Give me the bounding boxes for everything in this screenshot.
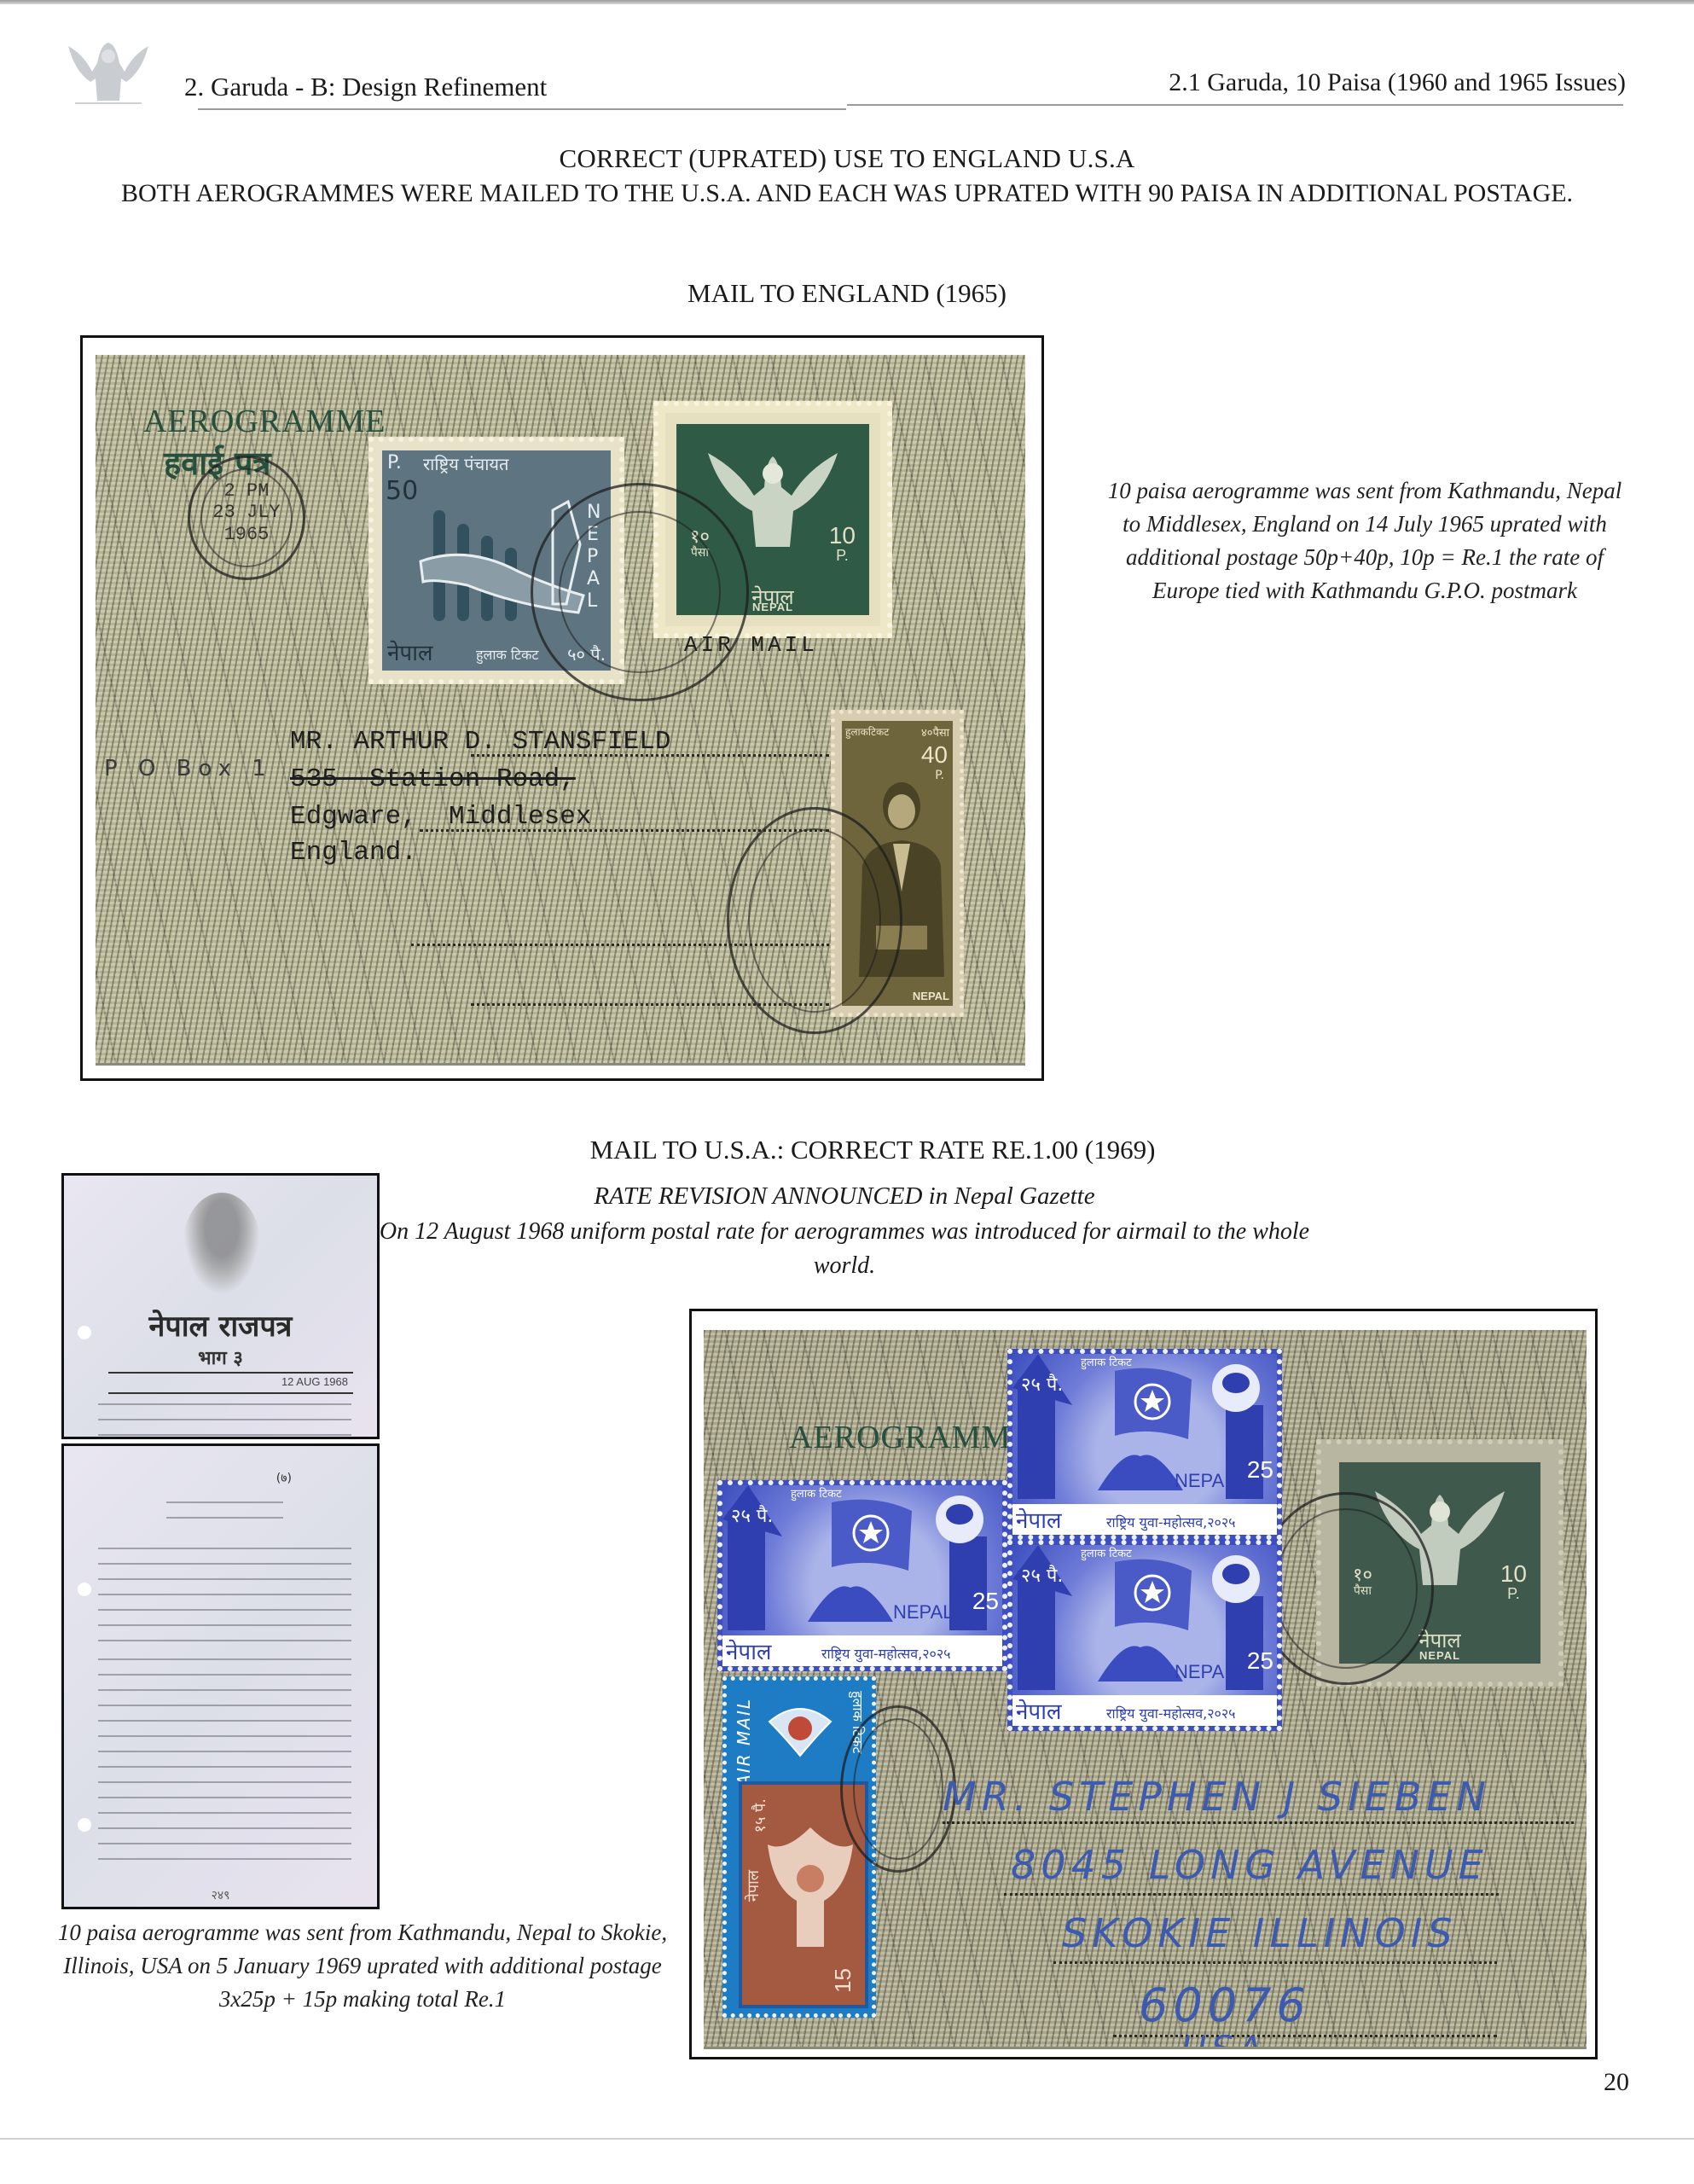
section-title: 2.1 Garuda, 10 Paisa (1960 and 1965 Issu… [1169, 68, 1626, 97]
postmark [1258, 1492, 1434, 1685]
gazette-rate-table-scan: (७) २४९ [61, 1443, 380, 1909]
address-line-1: MR. ARTHUR D. STANSFIELD [290, 727, 670, 757]
address-zip: 60076 [1139, 1978, 1311, 2032]
address-line-1: MR. STEPHEN J SIEBEN [943, 1774, 1491, 1820]
usa-caption: 10 paisa aerogramme was sent from Kathma… [51, 1916, 674, 2016]
usa-cover-frame: AEROGRAMME १०पैसा 10P. नेपाल NEPAL [689, 1309, 1598, 2059]
usa-section-title: MAIL TO U.S.A.: CORRECT RATE RE.1.00 (19… [0, 1135, 1694, 1165]
airmail-15p-stamp: AIR MAIL हुलाक टिकट १५ पै. नेपाल 15 [722, 1676, 876, 2018]
garuda-icon [759, 1819, 862, 1972]
england-aerogramme: AEROGRAMME हवाई पत्र 2 PM 23 JLY 1965 [96, 355, 1025, 1063]
youth-festival-25p-stamp: २५ पै. हुलाक टिकट 25 NEPAL नेपाल राष्ट्र… [717, 1480, 1007, 1671]
address-line-2: 8045 LONG AVENUE [1011, 1842, 1488, 1888]
gazette-date-stamp: 12 AUG 1968 [281, 1375, 348, 1388]
england-cover-frame: AEROGRAMME हवाई पत्र 2 PM 23 JLY 1965 [80, 335, 1044, 1081]
scan-edge [0, 0, 1694, 4]
winged-emblem-icon [766, 1696, 834, 1764]
crown-emblem-icon [183, 1193, 260, 1295]
page-subtitle: BOTH AEROGRAMMES WERE MAILED TO THE U.S.… [94, 176, 1600, 212]
address-line-4: England. [290, 838, 417, 868]
page-number: 20 [1604, 2068, 1629, 2097]
aerogramme-label: AEROGRAMME [789, 1419, 1031, 1456]
bottom-rule [0, 2138, 1694, 2140]
rate-revision-title: RATE REVISION ANNOUNCED in Nepal Gazette [358, 1182, 1331, 1211]
youth-festival-25p-stamp: २५ पै. हुलाक टिकट 25 NEPAL नेपाल राष्ट्र… [1007, 1540, 1282, 1731]
air-mail-label: AIR MAIL [684, 632, 818, 658]
header-rule [198, 108, 846, 110]
postmark [840, 1705, 956, 1873]
address-line-3: SKOKIE ILLINOIS [1062, 1910, 1458, 1956]
aerogramme-label: AEROGRAMME [143, 403, 386, 440]
chapter-title: 2. Garuda - B: Design Refinement [184, 72, 547, 102]
england-section-title: MAIL TO ENGLAND (1965) [0, 278, 1694, 309]
rate-revision-text: On 12 August 1968 uniform postal rate fo… [358, 1215, 1331, 1283]
address-line-3: Edgware, Middlesex [290, 802, 591, 832]
youth-festival-25p-stamp: २५ पै. हुलाक टिकट 25 NEPAL नेपाल राष्ट्र… [1007, 1349, 1282, 1540]
address-country: USA [1181, 2030, 1267, 2047]
gazette-cover-scan: नेपाल राजपत्र भाग ३ 12 AUG 1968 [61, 1173, 380, 1439]
handwritten-po-box: P O Box 1 [104, 756, 273, 781]
kathmandu-gpo-postmark [531, 483, 749, 701]
england-caption: 10 paisa aerogramme was sent from Kathma… [1100, 474, 1629, 607]
garuda-logo-icon [67, 38, 150, 107]
middlesex-postmark: 2 PM 23 JLY 1965 [188, 456, 305, 580]
address-line-2-struck: 535 Station Road, [290, 764, 576, 794]
header-rule [847, 104, 1623, 106]
kathmandu-gpo-postmark [727, 807, 902, 1034]
usa-aerogramme: AEROGRAMME १०पैसा 10P. नेपाल NEPAL [704, 1330, 1587, 2047]
page-title: CORRECT (UPRATED) USE TO ENGLAND U.S.A [0, 143, 1694, 174]
